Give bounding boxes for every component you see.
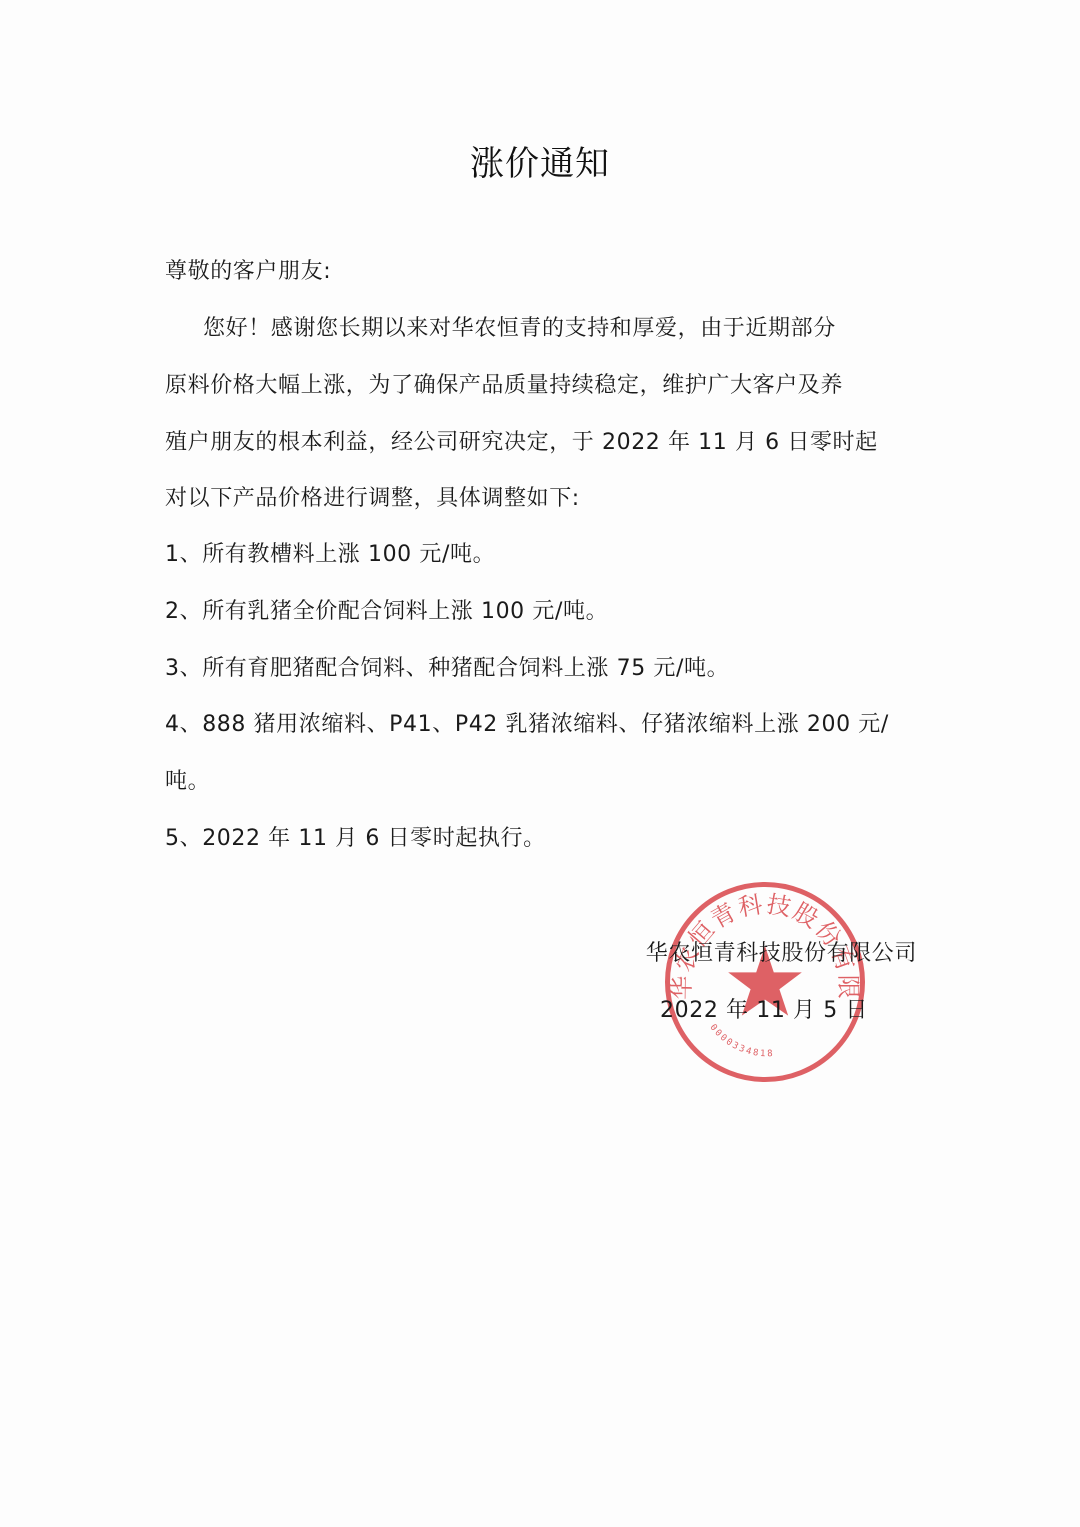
- paragraph-line: 原料价格大幅上涨，为了确保产品质量持续稳定，维护广大客户及养: [165, 371, 843, 401]
- svg-text:0000334818: 0000334818: [708, 1023, 775, 1060]
- document-page: 涨价通知 尊敬的客户朋友: 您好！感谢您长期以来对华农恒青的支持和厚爱，由于近期…: [0, 0, 1080, 1527]
- paragraph-line: 殖户朋友的根本利益，经公司研究决定，于 2022 年 11 月 6 日零时起: [165, 428, 878, 458]
- list-item: 2、所有乳猪全价配合饲料上涨 100 元/吨。: [165, 597, 608, 627]
- list-item: 3、所有育肥猪配合饲料、种猪配合饲料上涨 75 元/吨。: [165, 654, 729, 684]
- list-item: 4、888 猪用浓缩料、P41、P42 乳猪浓缩料、仔猪浓缩料上涨 200 元/: [165, 710, 889, 740]
- paragraph-line: 对以下产品价格进行调整，具体调整如下:: [165, 484, 580, 514]
- list-item: 5、2022 年 11 月 6 日零时起执行。: [165, 824, 546, 854]
- list-item-continuation: 吨。: [165, 767, 210, 797]
- signature-company: 华农恒青科技股份有限公司: [646, 936, 917, 967]
- greeting: 尊敬的客户朋友:: [165, 257, 331, 287]
- paragraph-line: 您好！感谢您长期以来对华农恒青的支持和厚爱，由于近期部分: [203, 314, 836, 344]
- signature-date: 2022 年 11 月 5 日: [660, 993, 868, 1024]
- document-title: 涨价通知: [0, 136, 1080, 185]
- company-seal: 华农恒青科技股份有限公司 0000334818: [665, 882, 865, 1082]
- list-item: 1、所有教槽料上涨 100 元/吨。: [165, 540, 495, 570]
